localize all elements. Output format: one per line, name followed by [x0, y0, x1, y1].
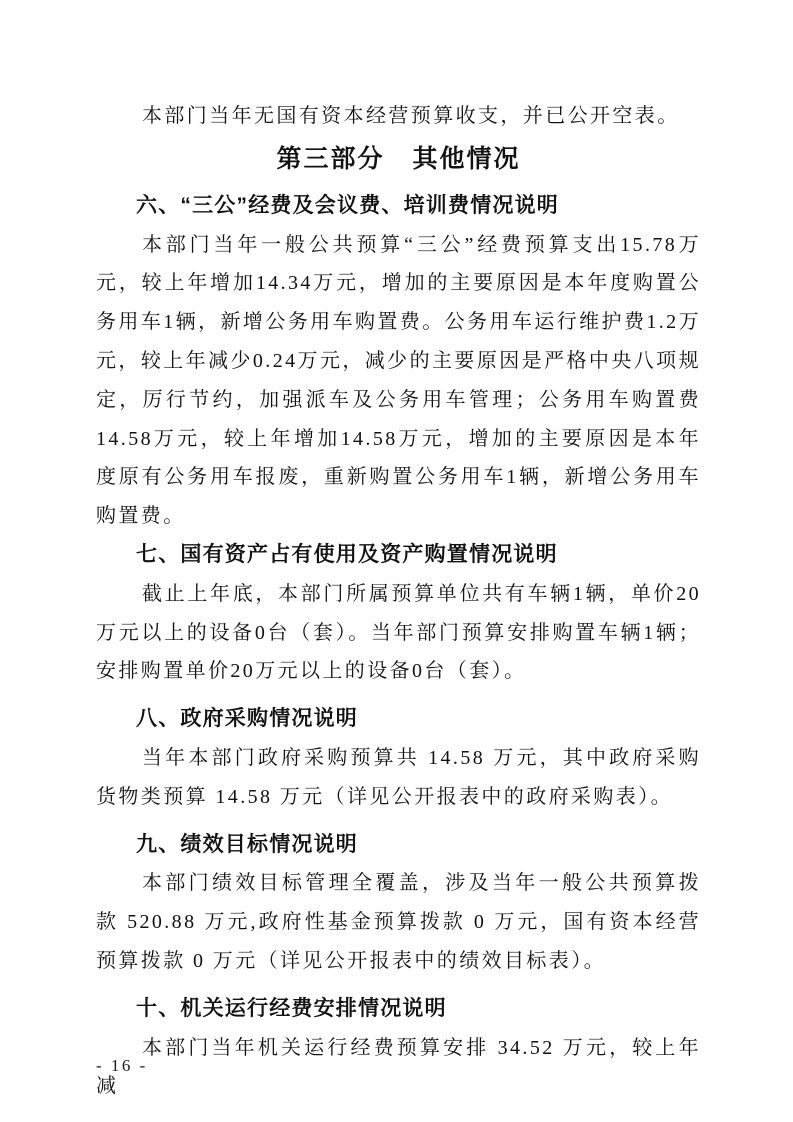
section-paragraph: 截止上年底，本部门所属预算单位共有车辆1辆，单价20万元以上的设备0台（套）。当…: [96, 575, 701, 691]
section-heading-state-assets: 七、国有资产占有使用及资产购置情况说明: [96, 536, 701, 575]
part-heading-title: 其他情况: [413, 145, 521, 173]
section-heading-performance-targets: 九、绩效目标情况说明: [96, 826, 701, 865]
document-page: 本部门当年无国有资本经营预算收支，并已公开空表。 第三部分其他情况 六、“三公”…: [0, 0, 793, 1122]
document-content: 本部门当年无国有资本经营预算收支，并已公开空表。 第三部分其他情况 六、“三公”…: [96, 97, 701, 1106]
section-heading-government-procurement: 八、政府采购情况说明: [96, 700, 701, 739]
section-paragraph: 本部门当年一般公共预算“三公”经费预算支出15.78万元，较上年增加14.34万…: [96, 226, 701, 536]
section-heading-operating-expenses: 十、机关运行经费安排情况说明: [96, 990, 701, 1029]
part-heading-label: 第三部分: [276, 145, 384, 173]
section-paragraph: 本部门绩效目标管理全覆盖，涉及当年一般公共预算拨款 520.88 万元,政府性基…: [96, 864, 701, 980]
section-heading-three-public-funds: 六、“三公”经费及会议费、培训费情况说明: [96, 187, 701, 226]
page-number: - 16 -: [96, 1056, 148, 1076]
section-paragraph: 当年本部门政府采购预算共 14.58 万元，其中政府采购货物类预算 14.58 …: [96, 739, 701, 817]
intro-paragraph: 本部门当年无国有资本经营预算收支，并已公开空表。: [96, 97, 701, 136]
part-heading: 第三部分其他情况: [96, 137, 701, 182]
section-paragraph: 本部门当年机关运行经费预算安排 34.52 万元，较上年减: [96, 1029, 701, 1107]
